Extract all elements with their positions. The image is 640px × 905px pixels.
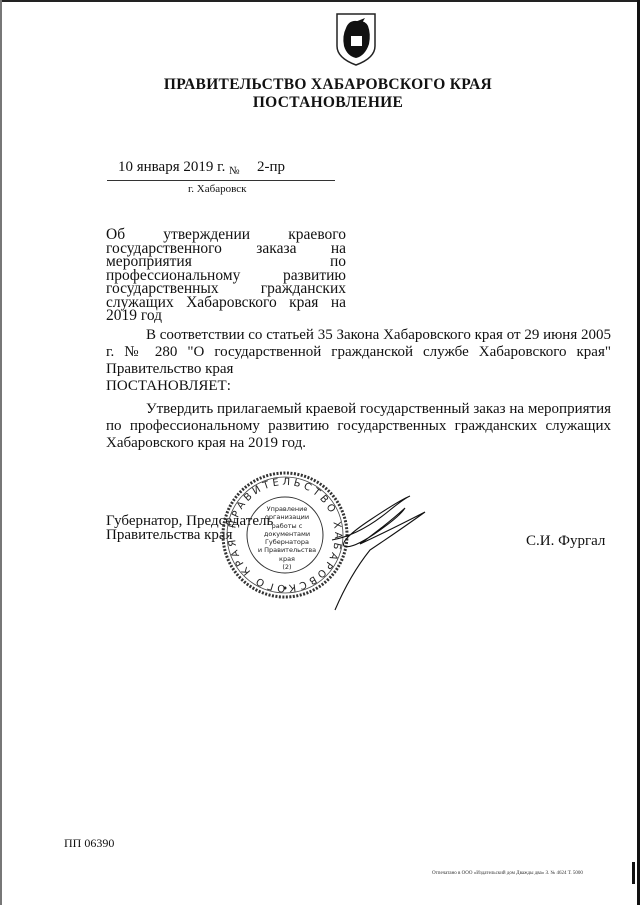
scan-edge-top [0,0,640,2]
coat-of-arms-icon [335,12,377,66]
document-code: ПП 06390 [64,836,114,851]
preamble-paragraph: В соответствии со статьей 35 Закона Хаба… [106,327,611,378]
authority-heading: ПРАВИТЕЛЬСТВО ХАБАРОВСКОГО КРАЯ [8,76,640,94]
printer-imprint: Отпечатано в ООО «Издательский дом Дважд… [432,871,583,876]
date-underline [107,180,335,181]
stamp-center-text: Управление организации работы с документ… [256,505,318,571]
handwritten-signature-icon [330,490,440,620]
signer-name: С.И. Фургал [526,533,605,550]
stamp-line: и Правительства [256,546,318,554]
scan-edge-left [0,0,2,905]
document-subject: Об утверждении краевого государственного… [106,228,346,323]
signer-position-line2: Правительства края [106,528,233,543]
document-city: г. Хабаровск [188,183,246,195]
document-page: ПРАВИТЕЛЬСТВО ХАБАРОВСКОГО КРАЯ ПОСТАНОВ… [0,0,640,905]
stamp-line: организации [256,513,318,521]
stamp-line: (2) [256,563,318,571]
stamp-line: края [256,555,318,563]
resolves-heading: ПОСТАНОВЛЯЕТ: [106,378,231,395]
document-date: 10 января 2019 г. [118,159,225,176]
number-sign: № [229,165,240,177]
stamp-line: Губернатора [256,538,318,546]
resolution-item: Утвердить прилагаемый краевой государств… [106,401,611,452]
doc-type-heading: ПОСТАНОВЛЕНИЕ [8,94,640,112]
stamp-line: Управление [256,505,318,513]
stamp-line: работы с документами [256,522,318,539]
scan-corner-mark [632,862,635,884]
document-number: 2-пр [257,159,285,176]
